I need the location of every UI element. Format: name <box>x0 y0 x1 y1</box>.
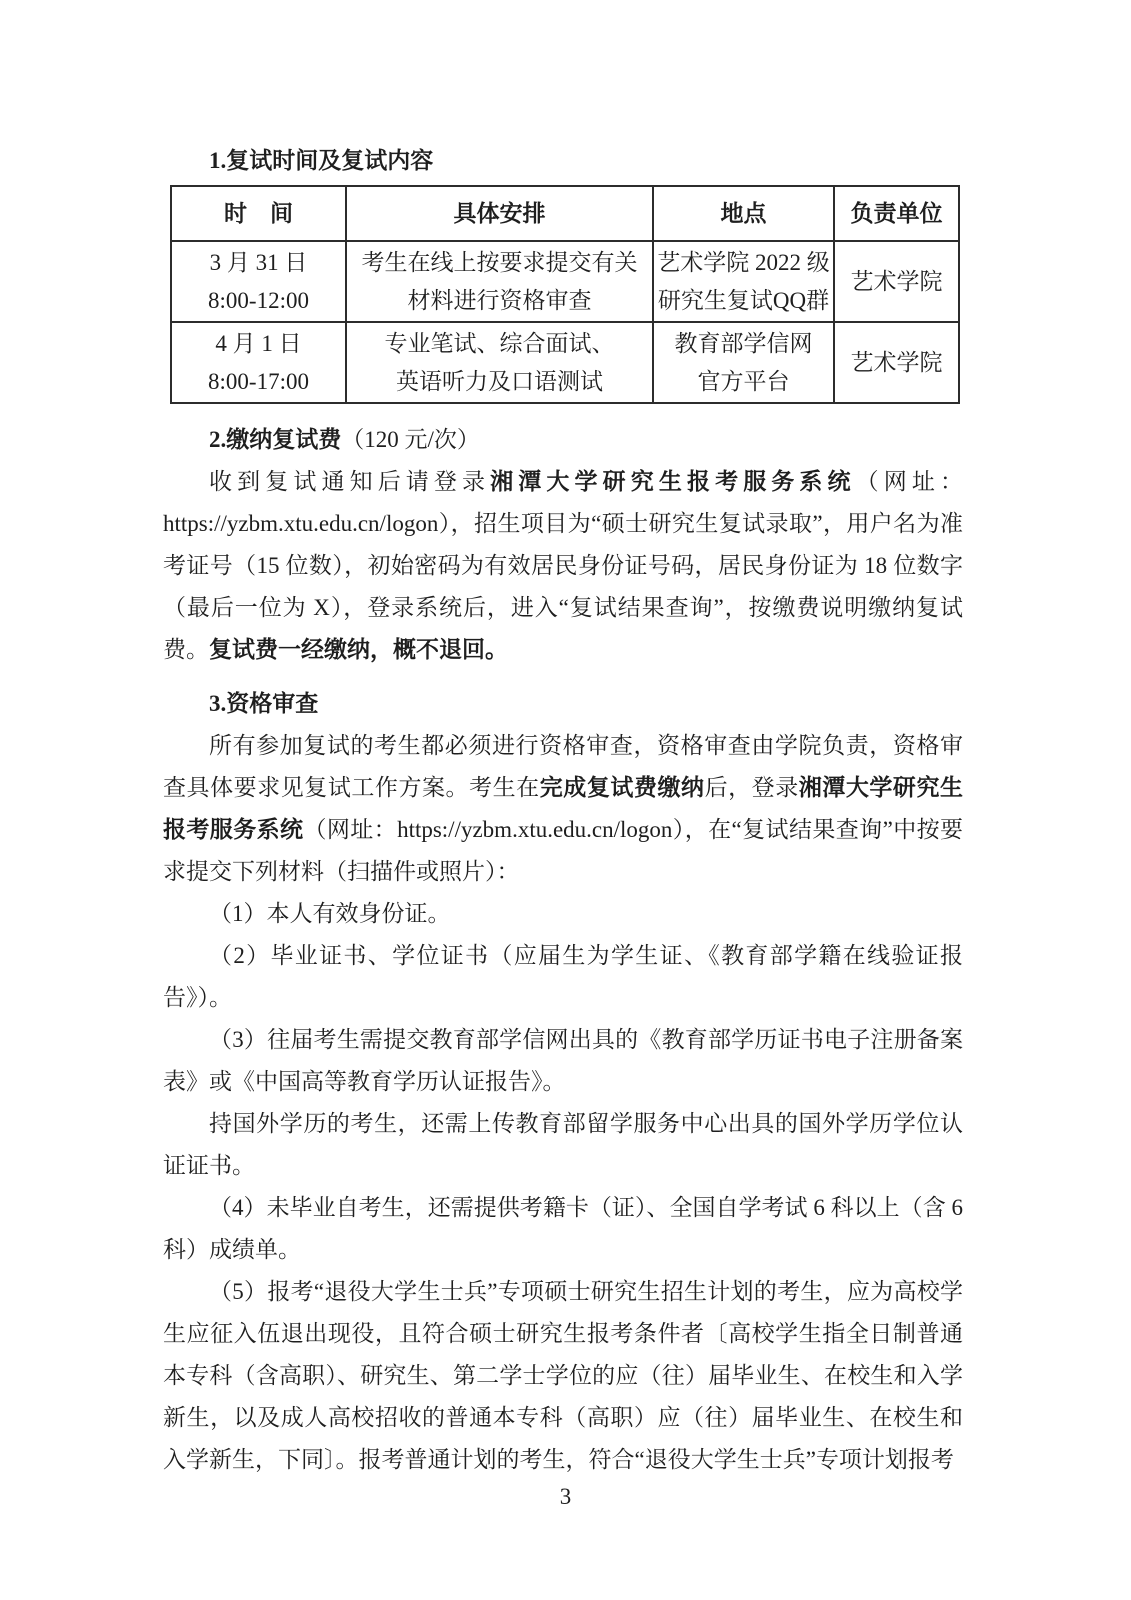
section2-paragraph: 收到复试通知后请登录湘潭大学研究生报考服务系统（网址：https://yzbm.… <box>163 461 963 671</box>
cell-arrangement: 专业笔试、综合面试、英语听力及口语测试 <box>346 322 653 403</box>
list-item: （2）毕业证书、学位证书（应届生为学生证、《教育部学籍在线验证报告》）。 <box>163 935 963 1019</box>
section2-heading-title: 2.缴纳复试费 <box>209 427 341 452</box>
cell-arrangement: 考生在线上按要求提交有关材料进行资格审查 <box>346 241 653 322</box>
table-header-row: 时 间 具体安排 地点 负责单位 <box>171 186 959 241</box>
list-item: （1）本人有效身份证。 <box>163 893 963 935</box>
section3-paragraph: 所有参加复试的考生都必须进行资格审查，资格审查由学院负责，资格审查具体要求见复试… <box>163 725 963 893</box>
section3-heading: 3.资格审查 <box>163 683 963 725</box>
page-content: 1.复试时间及复试内容 时 间 具体安排 地点 负责单位 3 月 31 日8:0… <box>163 0 963 1481</box>
cell-location: 艺术学院 2022 级研究生复试QQ群 <box>653 241 834 322</box>
cell-location: 教育部学信网官方平台 <box>653 322 834 403</box>
table-header-arrangement: 具体安排 <box>346 186 653 241</box>
table-row: 3 月 31 日8:00-12:00 考生在线上按要求提交有关材料进行资格审查 … <box>171 241 959 322</box>
list-item: （3）往届考生需提交教育部学信网出具的《教育部学历证书电子注册备案表》或《中国高… <box>163 1019 963 1103</box>
section2-heading-note: （120 元/次） <box>341 427 480 452</box>
section2-heading: 2.缴纳复试费（120 元/次） <box>163 419 963 461</box>
list-item-foreign-degree-note: 持国外学历的考生，还需上传教育部留学服务中心出具的国外学历学位认证证书。 <box>163 1103 963 1187</box>
schedule-table: 时 间 具体安排 地点 负责单位 3 月 31 日8:00-12:00 考生在线… <box>170 185 960 404</box>
table-row: 4 月 1 日8:00-17:00 专业笔试、综合面试、英语听力及口语测试 教育… <box>171 322 959 403</box>
list-item: （5）报考“退役大学生士兵”专项硕士研究生招生计划的考生，应为高校学生应征入伍退… <box>163 1271 963 1481</box>
materials-list: （1）本人有效身份证。 （2）毕业证书、学位证书（应届生为学生证、《教育部学籍在… <box>163 893 963 1481</box>
table-header-unit: 负责单位 <box>834 186 959 241</box>
cell-unit: 艺术学院 <box>834 322 959 403</box>
table-header-location: 地点 <box>653 186 834 241</box>
cell-time: 4 月 1 日8:00-17:00 <box>171 322 346 403</box>
table-header-time: 时 间 <box>171 186 346 241</box>
cell-unit: 艺术学院 <box>834 241 959 322</box>
cell-time: 3 月 31 日8:00-12:00 <box>171 241 346 322</box>
section1-heading: 1.复试时间及复试内容 <box>163 140 963 182</box>
document-page: 1.复试时间及复试内容 时 间 具体安排 地点 负责单位 3 月 31 日8:0… <box>0 0 1131 1600</box>
list-item: （4）未毕业自考生，还需提供考籍卡（证）、全国自学考试 6 科以上（含 6 科）… <box>163 1187 963 1271</box>
page-number: 3 <box>0 1476 1131 1518</box>
